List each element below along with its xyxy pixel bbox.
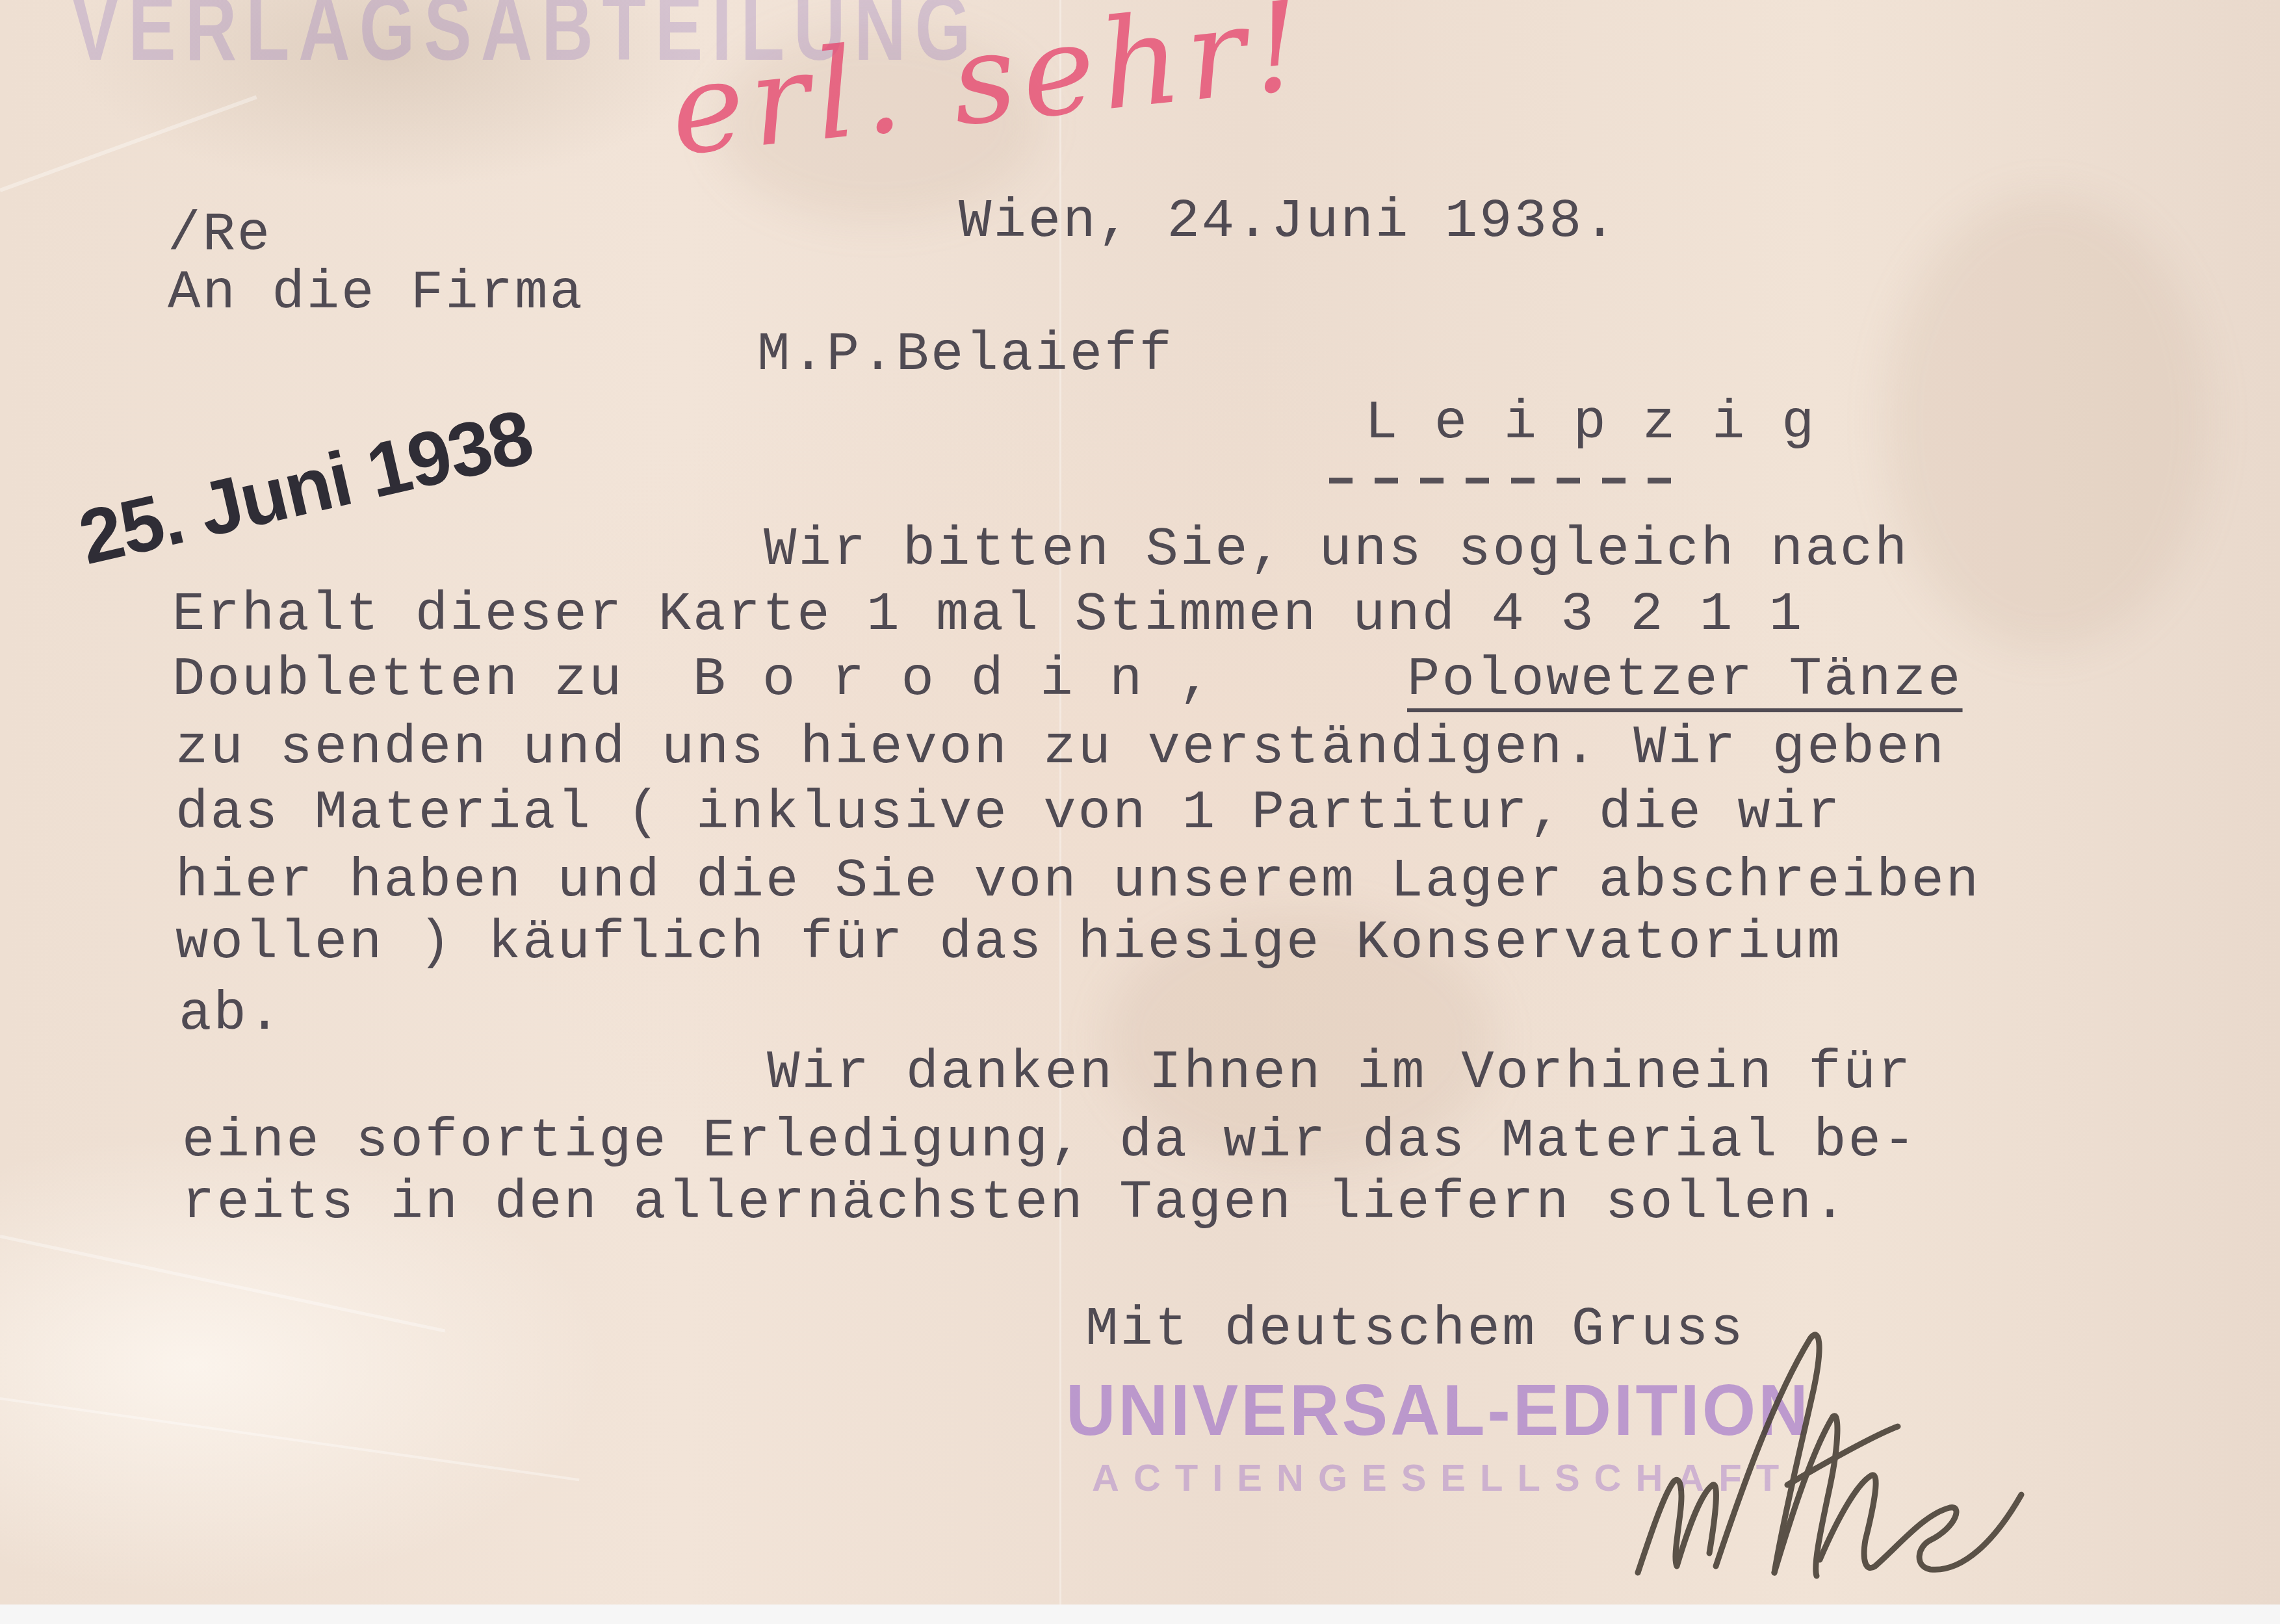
- place-date: Wien, 24.Juni 1938.: [959, 195, 1618, 250]
- paper-stain: [1885, 195, 2210, 650]
- city-underline-dashes: [1329, 478, 1671, 483]
- paper-crease: [0, 1235, 445, 1332]
- body-line: reits in den allernächsten Tagen liefern…: [182, 1176, 1848, 1231]
- body-line: zu senden und uns hievon zu verständigen…: [175, 721, 1946, 776]
- postcard: VERLAGSABTEILUNG erl. sehr! /Re Wien, 24…: [0, 0, 2280, 1624]
- handwritten-signature-icon: [1625, 1319, 2080, 1599]
- body-line: eine sofortige Erledigung, da wir das Ma…: [182, 1115, 1917, 1169]
- body-line: Wir bitten Sie, uns sogleich nach: [764, 523, 1909, 578]
- body-line: das Material ( inklusive von 1 Partitur,…: [175, 786, 1842, 841]
- body-line: Wir danken Ihnen im Vorhinein für: [767, 1046, 1912, 1101]
- recipient-city: L e i p z i g: [1365, 396, 1816, 451]
- body-line: Erhalt dieser Karte 1 mal Stimmen und 4 …: [172, 588, 1804, 643]
- paper-crease: [0, 1397, 580, 1481]
- body-line: Doubletten zu B o r o d i n ,: [172, 653, 1213, 708]
- recipient-name: M.P.Belaieff: [757, 328, 1174, 383]
- scan-border: [0, 1605, 2280, 1624]
- work-title-underlined: Polowetzer Tänze: [1407, 653, 1963, 708]
- paper-crease: [0, 96, 257, 192]
- body-line: hier haben und die Sie von unserem Lager…: [175, 855, 1980, 909]
- body-line: wollen ) käuflich für das hiesige Konser…: [175, 916, 1842, 971]
- body-line: ab.: [179, 988, 283, 1042]
- recipient-salutation: An die Firma: [168, 266, 584, 321]
- reference-mark: /Re: [168, 208, 272, 263]
- received-date-stamp: 25. Juni 1938: [71, 393, 539, 582]
